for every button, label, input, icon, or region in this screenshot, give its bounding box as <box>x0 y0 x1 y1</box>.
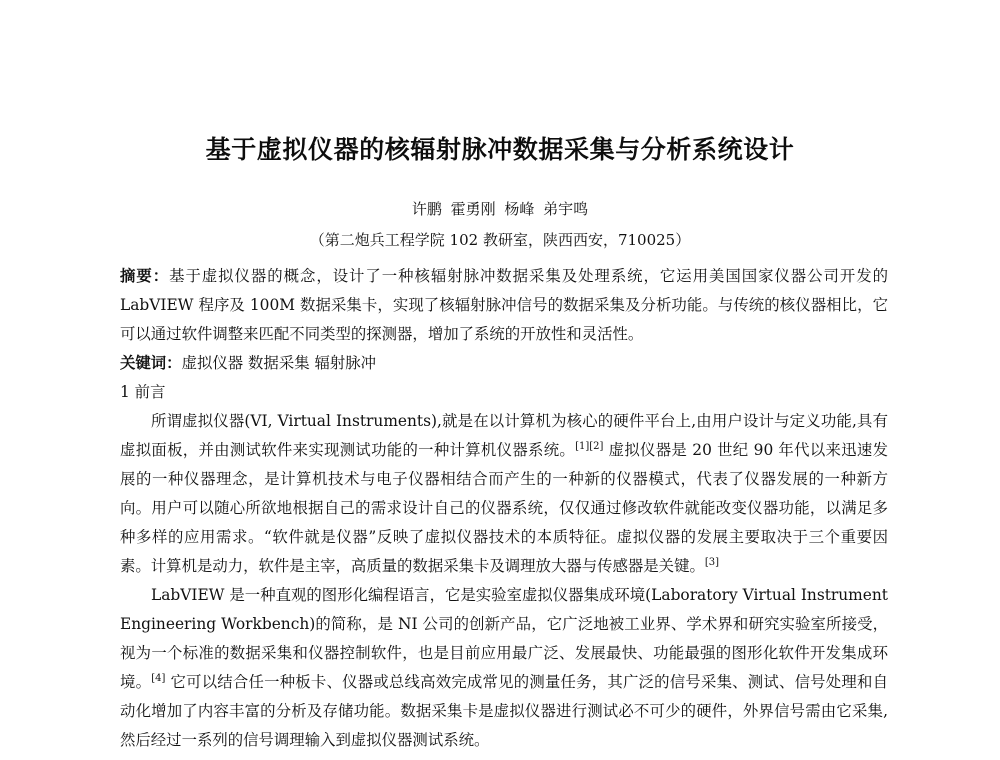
author-affiliation: （第二炮兵工程学院 102 教研室，陕西西安，710025） <box>0 228 1000 252</box>
keywords-label: 关键词： <box>120 354 182 372</box>
paragraph-text: 虚拟仪器是 20 世纪 90 年代以来迅速发展的一种仪器理念，是计算机技术与电子… <box>120 441 888 575</box>
intro-paragraph-2: LabVIEW 是一种直观的图形化编程语言，它是实验室虚拟仪器集成环境(Labo… <box>120 581 888 755</box>
abstract-label: 摘要： <box>120 267 169 285</box>
author-list: 许鹏 霍勇刚 杨峰 弟宇鸣 <box>0 197 1000 221</box>
abstract-text: 基于虚拟仪器的概念，设计了一种核辐射脉冲数据采集及处理系统，它运用美国国家仪器公… <box>120 267 888 343</box>
citation-ref: [4] <box>151 673 165 684</box>
section-heading-introduction: 1 前言 <box>120 378 888 407</box>
paragraph-text: 它可以结合任一种板卡、仪器或总线高效完成常见的测量任务，其广泛的信号采集、测试、… <box>120 673 888 749</box>
citation-ref: [3] <box>705 557 719 568</box>
paper-title: 基于虚拟仪器的核辐射脉冲数据采集与分析系统设计 <box>0 132 1000 168</box>
paper-body: 摘要：基于虚拟仪器的概念，设计了一种核辐射脉冲数据采集及处理系统，它运用美国国家… <box>120 262 888 755</box>
intro-paragraph-1: 所谓虚拟仪器(VI, Virtual Instruments),就是在以计算机为… <box>120 407 888 581</box>
keywords-text: 虚拟仪器 数据采集 辐射脉冲 <box>182 354 376 372</box>
paper-page: 基于虚拟仪器的核辐射脉冲数据采集与分析系统设计 许鹏 霍勇刚 杨峰 弟宇鸣 （第… <box>0 0 1000 760</box>
keywords: 关键词：虚拟仪器 数据采集 辐射脉冲 <box>120 349 888 378</box>
abstract: 摘要：基于虚拟仪器的概念，设计了一种核辐射脉冲数据采集及处理系统，它运用美国国家… <box>120 262 888 349</box>
citation-ref: [1][2] <box>575 441 603 452</box>
